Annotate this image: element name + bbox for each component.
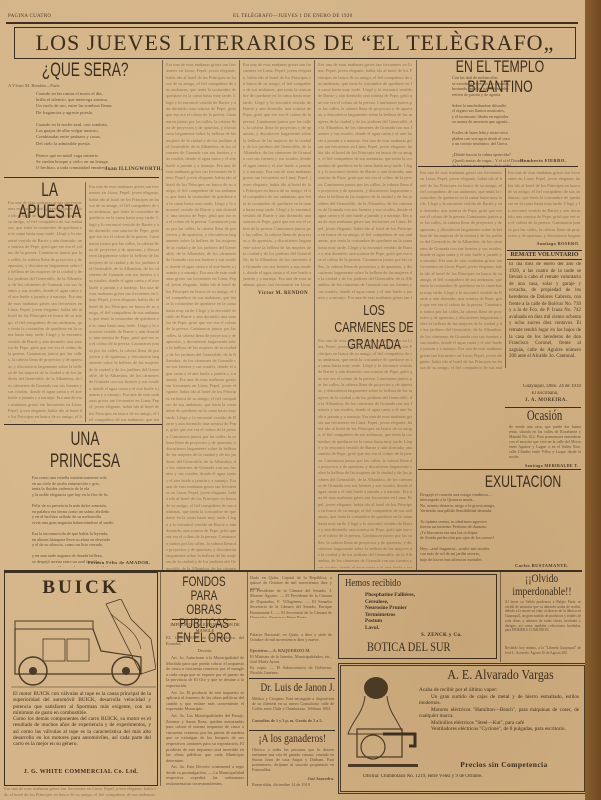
alvarado-line: Un gran surtido de cajas de metal y de h…	[419, 694, 579, 707]
que-sera-author: Juan ILLINGWORTH.	[105, 167, 162, 172]
princesa-author: Fermín Félix de AMADOR.	[88, 560, 150, 565]
botica-item: Lavol.	[365, 625, 415, 632]
column-rule	[314, 60, 315, 570]
botica-item: Termómetros	[365, 612, 415, 619]
column-rule	[500, 572, 501, 662]
fondos-title: FONDOS PARAOBRAS PUBLICASEN EL ORO	[160, 574, 248, 644]
fondos-article: Art. 4o. Este Decreto comenzará a regir …	[166, 764, 244, 785]
section-rule	[418, 469, 581, 470]
fondos-signatures: El Presidente de la Cámara del Senado, J…	[250, 588, 332, 618]
column-rule	[247, 572, 248, 786]
column-text: Era una de esas mañanas grises tan frecu…	[508, 170, 580, 240]
exultacion-poem: Desgajó el corazón una ostaga vendimia— …	[420, 492, 580, 562]
botica-ad: Hemos recibido Phosphatine Falliéres,Cer…	[338, 574, 497, 659]
section-rule	[4, 177, 159, 178]
page-label: PAGINA CUATRO	[8, 14, 51, 19]
janon-body: Médico y Cirujano. Está encargado a disp…	[252, 696, 334, 718]
olvido-title: ¡¡Olvido imperdonable!!	[503, 572, 581, 598]
ganaderos-body: Ofrezco a todas las personas que lo dese…	[252, 747, 334, 777]
automobile-illustration-icon	[11, 599, 156, 689]
botica-name: BOTICA DEL SUR	[367, 639, 471, 655]
section-rule	[249, 678, 335, 679]
fondos-article: Art. 3o. Las Municipalidades del Pasaje,…	[166, 713, 244, 763]
page-binding-edge	[585, 0, 601, 800]
princesa-poem: Era como una estrella misteriosamente so…	[32, 475, 160, 567]
fondos-intro: EL CONGRESO de la República del Ecuador,	[166, 635, 244, 646]
column-text: Era una de esas mañanas grises tan frecu…	[4, 786, 156, 800]
column-rule	[85, 182, 86, 422]
ocasion-title: Ocasión	[507, 408, 582, 425]
buick-body: El motor BUICK con válvulas al tope es l…	[13, 691, 151, 766]
botica-item: Postum	[365, 618, 415, 625]
header-rule	[6, 22, 578, 24]
ganaderos-date: Esmeraldas, diciembre 14 de 1919	[252, 782, 334, 788]
botica-items: Phosphatine Falliéres,Cerealose,Neurosin…	[365, 592, 415, 632]
botica-item: Neurosine Prunier	[365, 605, 415, 612]
buick-ad: BUICK El motor BUICK con válvulas al top…	[4, 572, 158, 786]
princesa-title: UNA PRINCESA	[20, 429, 150, 473]
apuesta-author: Víctor M. RENDON	[258, 291, 308, 296]
fondos-copia: Es copia. — El Subsecretario de Gobierno…	[250, 665, 332, 676]
remate-body: El día diez de enero del año de 1920, a …	[509, 262, 581, 384]
alvarado-line: Ventiladores eléctricos "Cyclone", de 8 …	[419, 726, 579, 732]
remate-place-date: Guayaquil, Dbre. 24 de 1919	[509, 384, 581, 390]
column-rule	[505, 168, 506, 368]
apuesta-text-col2: Era una de esas mañanas grises tan frecu…	[89, 184, 159, 422]
seamstress-sewing-machine-icon	[343, 674, 421, 774]
janon-hours: Consultas de 1 y 3 p. m. Gratis de 3 a 5…	[252, 718, 334, 724]
alvarado-slogan: Precios sin Competencia	[429, 760, 579, 769]
column-text: Era una de esas mañanas grises tan frecu…	[318, 62, 412, 300]
ganaderos-title: ¡A los ganaderos!	[250, 731, 334, 746]
olvido-body: Al hacer su Salida prudencia a Belgio Pa…	[505, 600, 581, 644]
templo-poem: Con las dalí de melancolías se extraño a…	[452, 75, 580, 168]
fondos-article: Art. 2o. El producto de este impuesto se…	[166, 690, 244, 712]
alvarado-lines: Un gran surtido de cajas de metal y de h…	[419, 694, 579, 754]
botica-heading: Hemos recibido	[345, 577, 415, 589]
banner-box: LOS JUEVES LITERARIOS DE “EL TELÈGRAFO„	[14, 27, 576, 59]
carmenes-text-col2: Era una de esas mañanas grises tan frecu…	[420, 170, 502, 370]
que-sera-title: ¿QUE SERA?	[10, 60, 160, 82]
alvarado-lead: Acaba de recibir por el último vapor:	[419, 687, 579, 693]
column-rule	[239, 60, 240, 570]
que-sera-dedication: A Víctor M. Rendón—París.	[8, 83, 158, 91]
olvido-footer: Recibido hoy mismo, a la "Librería Guaya…	[505, 646, 581, 660]
botica-firm: S. ZENCK y Co.	[421, 633, 462, 638]
fondos-ministro: El Ministro de lo Interior, Municipalida…	[250, 654, 332, 665]
remate-top-signature: Santiago ROSERO.	[537, 241, 580, 246]
buick-brand: BUICK	[5, 577, 157, 599]
buick-dealer: J. G. WHITE COMMERCIAL Co. Ltd.	[5, 769, 157, 775]
alvarado-title: A. E. Alvarado Vargas	[421, 668, 581, 684]
ocasion-body: Se vende una casa, que puede dar buena r…	[509, 425, 581, 467]
section-rule	[172, 619, 236, 620]
botica-item: Phosphatine Falliéres,	[365, 592, 415, 599]
templo-author: Humberto FIERRO.	[520, 158, 566, 163]
fondos-palacio: Palacio Nacional, en Quito, a diez y sie…	[250, 632, 332, 646]
column-rule	[162, 60, 163, 570]
alvarado-ad: A. E. Alvarado Vargas Acaba de recibir p…	[338, 663, 587, 794]
alvarado-line: Motores eléctricos "Hamilton—Beach", par…	[419, 707, 579, 720]
remate-signer: J. A. MOREIRA.	[525, 398, 567, 403]
botica-item: Cerealose,	[365, 599, 415, 606]
dateline: EL TELÉGRAFO—JUEVES 1 DE ENERO DE 1920	[233, 14, 352, 19]
ocasion-signer: Santiago MERIRALDE T.	[525, 463, 578, 468]
alvarado-address: Oficina: Chimborazo No. 1219, entre Véle…	[363, 774, 583, 780]
fondos-subtitle: IMPUESTO A LA EXPORTACION DE MANGLE	[166, 622, 244, 633]
fondos-decreta: Decreta:	[166, 648, 244, 654]
exultacion-title: EXULTACION	[470, 472, 540, 492]
section-rule	[418, 166, 578, 167]
remate-clerk: El Escribano,	[509, 391, 581, 397]
remate-title: REMATE VOLUNTARIO	[507, 250, 582, 260]
banner-title: LOS JUEVES LITERARIOS DE “EL TELÈGRAFO„	[36, 30, 555, 55]
apuesta-text-col1: Era una de esas mañanas grises tan frecu…	[8, 200, 82, 422]
section-rule	[4, 424, 162, 425]
fondos-article: Art. 1o. Autorízase a la Municipalidad d…	[166, 655, 244, 689]
column-rule	[416, 60, 417, 570]
que-sera-poem: Cuando en las ruinas el morir el día, br…	[36, 91, 160, 169]
apuesta-text-col3: Era una de esas mañanas grises tan frecu…	[166, 62, 236, 570]
newspaper-page: PAGINA CUATRO EL TELÉGRAFO—JUEVES 1 DE E…	[0, 0, 585, 800]
carmenes-text: Era una de esas mañanas grises tan frecu…	[318, 338, 412, 568]
apuesta-text-col4: Era una de esas mañanas grises tan frecu…	[243, 62, 311, 290]
janon-title: Dr. Luis de Janon J.	[250, 680, 334, 695]
fondos-articles: Art. 1o. Autorízase a la Municipalidad d…	[166, 655, 244, 785]
exultacion-author: Carlos BUSTAMANTE.	[515, 563, 569, 568]
